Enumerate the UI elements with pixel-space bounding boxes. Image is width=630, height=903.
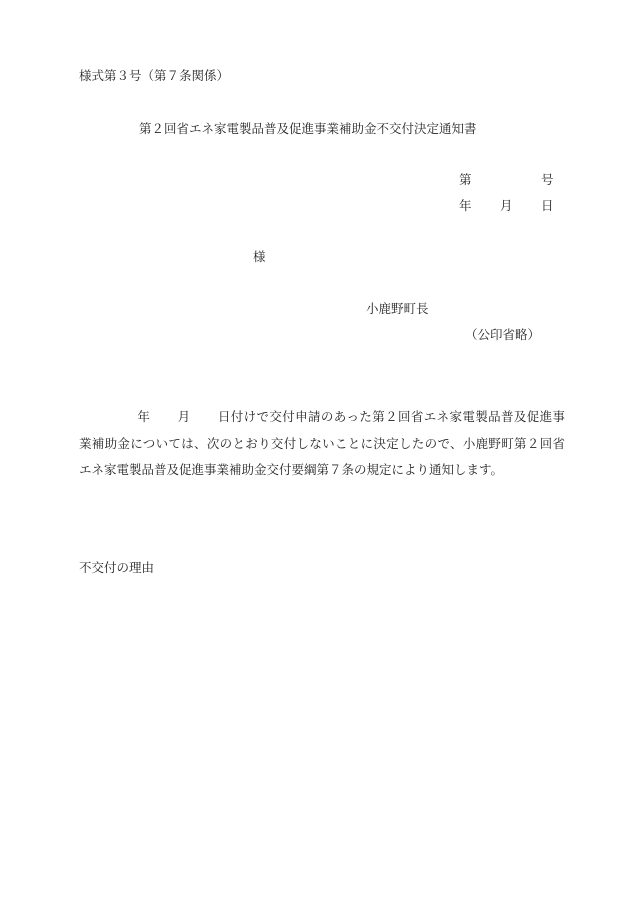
date-month: 月	[500, 198, 513, 214]
form-label: 様式第３号（第７条関係）	[79, 68, 229, 84]
reference-number-suffix: 号	[541, 172, 554, 188]
date-day: 日	[541, 198, 554, 214]
seal-note: （公印省略）	[465, 327, 540, 343]
reason-label: 不交付の理由	[79, 560, 154, 576]
recipient-suffix: 様	[253, 249, 266, 265]
body-month: 月	[177, 409, 190, 424]
body-year: 年	[137, 409, 150, 424]
notice-body: 年月日付けで交付申請のあった第２回省エネ家電製品普及促進事業補助金については、次…	[79, 404, 565, 484]
body-text: 日付けで交付申請のあった第２回省エネ家電製品普及促進事業補助金については、次のと…	[79, 409, 565, 477]
document-title: 第２回省エネ家電製品普及促進事業補助金不交付決定通知書	[139, 121, 477, 137]
date-year: 年	[459, 198, 472, 214]
reference-number-prefix: 第	[459, 172, 472, 188]
issuer-name: 小鹿野町長	[366, 301, 429, 317]
